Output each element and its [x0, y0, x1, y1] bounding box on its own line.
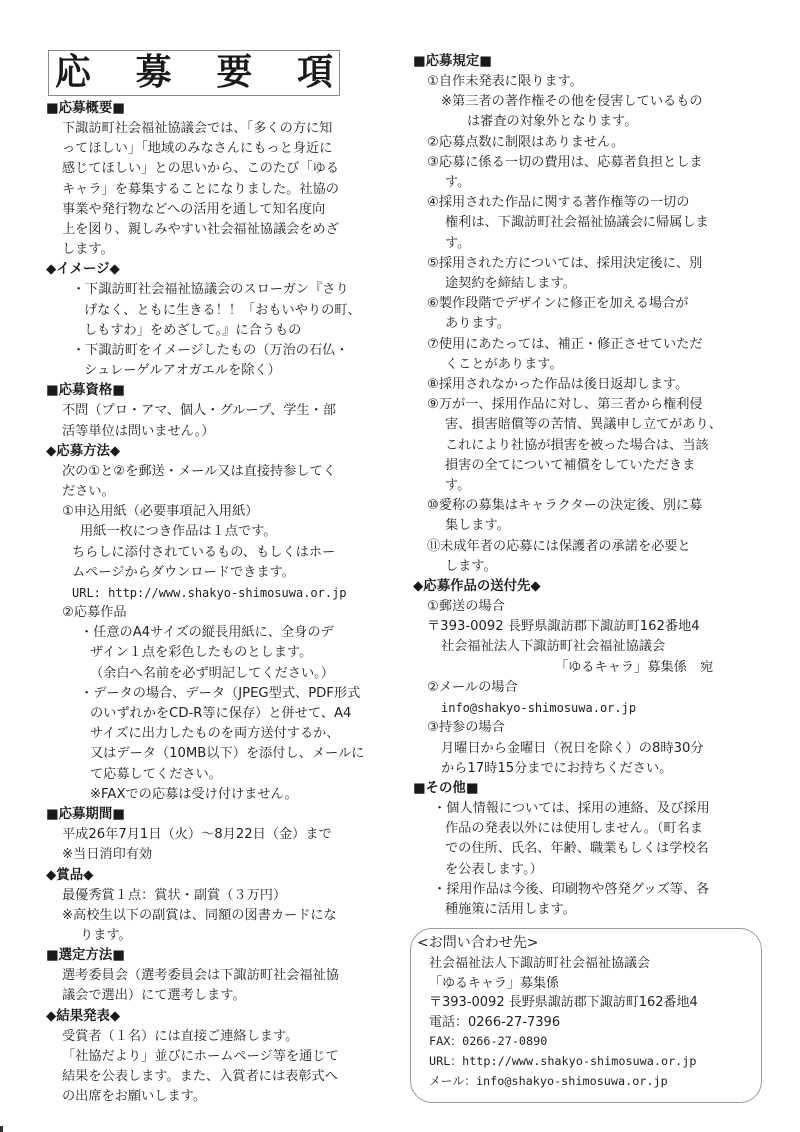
text-line: 感じてほしい」との思いから、このたび「ゆる [48, 159, 410, 179]
text-line: 下諏訪町社会福祉協議会では、「多くの方に知 [48, 119, 410, 139]
section-heading: ■応募規定■ [413, 52, 783, 72]
item-title: ①郵送の場合 [413, 597, 783, 617]
section-period: ■応募期間■ 平成26年7月1日（火）～8月22日（金）まで ※当日消印有効 [48, 805, 410, 865]
text-line: から17時15分までにお持ちください。 [413, 759, 783, 779]
section-heading: ■応募期間■ [46, 805, 410, 825]
bullet-item: ・個人情報については、採用の連絡、及び採用 [413, 799, 783, 819]
section-overview: ■応募概要■ 下諏訪町社会福祉協議会では、「多くの方に知 ってほしい」「地域のみ… [48, 99, 410, 260]
text-line: を公表します。） [413, 860, 783, 880]
text-line: 損害の全てについて補償をしていただきま [413, 456, 783, 476]
section-rules: ■応募規定■ ①自作未発表に限ります。 ※第三者の著作権その他を侵害しているもの… [413, 52, 783, 577]
text-line: 集します。 [413, 516, 783, 536]
text-line: の出席をお願いします。 [48, 1087, 410, 1107]
section-heading: ◆イメージ◆ [46, 260, 410, 280]
text-line: す。 [413, 476, 783, 496]
section-other: ■その他■ ・個人情報については、採用の連絡、及び採用 作品の発表以外には使用し… [413, 779, 783, 920]
page-title: 応 募 要 項 [48, 50, 340, 96]
left-column: ■応募概要■ 下諏訪町社会福祉協議会では、「多くの方に知 ってほしい」「地域のみ… [48, 99, 410, 1107]
text-line: します。 [413, 557, 783, 577]
recipient: 「ゆるキャラ」募集係 宛 [413, 658, 783, 678]
text-line: げなく、ともに生きる！！「おもいやりの町、 [48, 301, 410, 321]
text-line: 最優秀賞１点：賞状・副賞（３万円） [48, 886, 410, 906]
rule-item: ⑧採用されなかった作品は後日返却します。 [413, 375, 783, 395]
section-destination: ◆応募作品の送付先◆ ①郵送の場合 〒393-0092 長野県諏訪郡下諏訪町16… [413, 577, 783, 779]
contact-url[interactable]: URL：http://www.shakyo-shimosuwa.or.jp [417, 1052, 753, 1072]
rule-item: ⑥製作段階でデザインに修正を加える場合が [413, 294, 783, 314]
text-line: しもすわ」をめざして。』に合うもの [48, 321, 410, 341]
text-line: 不問（プロ・アマ、個人・グループ、学生・部 [48, 401, 410, 421]
contact-phone: 電話：0266-27-7396 [417, 1013, 753, 1033]
scan-artifact [0, 1126, 3, 1132]
text-line: ザイン１点を彩色したものとします。 [48, 643, 410, 663]
section-image: ◆イメージ◆ ・下諏訪町社会福祉協議会のスローガン『さり げなく、ともに生きる！… [48, 260, 410, 381]
text-line: ります。 [48, 926, 410, 946]
text-line: 結果を公表します。また、入賞者には表彰式へ [48, 1067, 410, 1087]
text-line: シュレーゲルアオガエルを除く） [48, 361, 410, 381]
email-link[interactable]: info@shakyo-shimosuwa.or.jp [413, 698, 783, 718]
text-line: 用紙一枚につき作品は１点です。 [48, 522, 410, 542]
right-column: ■応募規定■ ①自作未発表に限ります。 ※第三者の著作権その他を侵害しているもの… [413, 52, 783, 920]
text-line: キャラ」を募集することになりました。社協の [48, 180, 410, 200]
section-heading: ◆応募作品の送付先◆ [413, 577, 783, 597]
section-prize: ◆賞品◆ 最優秀賞１点：賞状・副賞（３万円） ※高校生以下の副賞は、同額の図書カ… [48, 866, 410, 947]
rule-item: ⑪未成年者の応募には保護者の承諾を必要と [413, 537, 783, 557]
text-line: す。 [413, 173, 783, 193]
contact-department: 「ゆるキャラ」募集係 [417, 974, 753, 994]
text-line: 月曜日から金曜日（祝日を除く）の8時30分 [413, 739, 783, 759]
contact-box: <お問い合わせ先> 社会福祉法人下諏訪町社会福祉協議会 「ゆるキャラ」募集係 〒… [410, 928, 762, 1103]
rule-item: ⑦使用にあたっては、補正・修正させていただ [413, 335, 783, 355]
section-heading: ◆賞品◆ [46, 866, 410, 886]
text-line: くことがあります。 [413, 355, 783, 375]
text-line: て応募してください。 [48, 765, 410, 785]
section-results: ◆結果発表◆ 受賞者（１名）には直接ご連絡します。 「社協だより」並びにホームペ… [48, 1007, 410, 1108]
text-line: あります。 [413, 314, 783, 334]
section-heading: ■応募概要■ [46, 99, 410, 119]
postal-address: 〒393-0092 長野県諏訪郡下諏訪町162番地4 [413, 617, 783, 637]
text-line: 途契約を締結します。 [413, 274, 783, 294]
text-line: ってほしい」「地域のみなさんにもっと身近に [48, 139, 410, 159]
text-line: ※当日消印有効 [48, 845, 410, 865]
text-line: 事業や発行物などへの活用を通して知名度向 [48, 200, 410, 220]
item-title: ②メールの場合 [413, 678, 783, 698]
contact-heading: <お問い合わせ先> [417, 933, 753, 954]
rule-item: ⑩愛称の募集はキャラクターの決定後、別に募 [413, 496, 783, 516]
title-char: 項 [297, 53, 333, 93]
section-heading: ■その他■ [413, 779, 783, 799]
title-char: 募 [136, 53, 172, 93]
rule-note: ※第三者の著作権その他を侵害しているもの [413, 92, 783, 112]
text-line: は審査の対象外となります。 [413, 112, 783, 132]
section-eligibility: ■応募資格■ 不問（プロ・アマ、個人・グループ、学生・部 活等単位は問いません。… [48, 381, 410, 441]
rule-item: ①自作未発表に限ります。 [413, 72, 783, 92]
text-line: サイズに出力したものを両方送付するか、 [48, 724, 410, 744]
section-heading: ◆応募方法◆ [46, 442, 410, 462]
item-title: ③持参の場合 [413, 718, 783, 738]
rule-item: ④採用された作品に関する著作権等の一切の [413, 193, 783, 213]
text-line: ※高校生以下の副賞は、同額の図書カードにな [48, 906, 410, 926]
text-line: 議会で選出）にて選考します。 [48, 986, 410, 1006]
title-char: 要 [216, 53, 252, 93]
text-line: 選考委員会（選考委員会は下諏訪町社会福祉協 [48, 966, 410, 986]
item-title: ①申込用紙（必要事項記入用紙） [48, 502, 410, 522]
text-line: 活等単位は問いません。） [48, 422, 410, 442]
contact-fax: FAX：0266-27-0890 [417, 1032, 753, 1052]
text-line: 種施策に活用します。 [413, 900, 783, 920]
section-selection: ■選定方法■ 選考委員会（選考委員会は下諏訪町社会福祉協 議会で選出）にて選考し… [48, 946, 410, 1006]
bullet-item: ・下諏訪町社会福祉協議会のスローガン『さり [48, 280, 410, 300]
text-line: 次の①と②を郵送・メール又は直接持参してく [48, 462, 410, 482]
text-line: す。 [413, 234, 783, 254]
contact-address: 〒393-0092 長野県諏訪郡下諏訪町162番地4 [417, 993, 753, 1013]
text-line: します。 [48, 240, 410, 260]
contact-email[interactable]: メール：info@shakyo-shimosuwa.or.jp [417, 1072, 753, 1092]
section-heading: ■選定方法■ [46, 946, 410, 966]
text-line: 又はデータ（10MB以下）を添付し、メールに [48, 744, 410, 764]
text-line: これにより社協が損害を被った場合は、当該 [413, 436, 783, 456]
bullet-item: ・採用作品は今後、印刷物や啓発グッズ等、各 [413, 880, 783, 900]
rule-item: ②応募点数に制限はありません。 [413, 133, 783, 153]
text-line: での住所、氏名、年齢、職業もしくは学校名 [413, 839, 783, 859]
text-line: 「社協だより」並びにホームページ等を通じて [48, 1047, 410, 1067]
text-line: ちらしに添付されているもの、もしくはホー [48, 543, 410, 563]
text-line: 権利は、下諏訪町社会福祉協議会に帰属しま [413, 213, 783, 233]
text-line: 害、損害賠償等の苦情、異議申し立てがあり、 [413, 415, 783, 435]
section-method: ◆応募方法◆ 次の①と②を郵送・メール又は直接持参してく ださい。 ①申込用紙（… [48, 442, 410, 805]
url-link[interactable]: URL: http://www.shakyo-shimosuwa.or.jp [48, 583, 410, 603]
title-char: 応 [55, 53, 91, 93]
bullet-item: ・下諏訪町をイメージしたもの（万治の石仏・ [48, 341, 410, 361]
rule-item: ③応募に係る一切の費用は、応募者負担としま [413, 153, 783, 173]
rule-item: ⑨万が一、採用作品に対し、第三者から権利侵 [413, 395, 783, 415]
section-heading: ■応募資格■ [46, 381, 410, 401]
rule-item: ⑤採用された方については、採用決定後に、別 [413, 254, 783, 274]
item-title: ②応募作品 [48, 603, 410, 623]
text-line: ムページからダウンロードできます。 [48, 563, 410, 583]
bullet-item: ・データの場合、データ（JPEG型式、PDF形式 [48, 684, 410, 704]
section-heading: ◆結果発表◆ [46, 1007, 410, 1027]
organization-name: 社会福祉法人下諏訪町社会福祉協議会 [413, 637, 783, 657]
fax-note: ※FAXでの応募は受け付けません。 [48, 785, 410, 805]
text-line: 作品の発表以外には使用しません。（町名ま [413, 819, 783, 839]
text-line: ださい。 [48, 482, 410, 502]
text-line: 受賞者（１名）には直接ご連絡します。 [48, 1027, 410, 1047]
text-line: 平成26年7月1日（火）～8月22日（金）まで [48, 825, 410, 845]
text-line: （余白へ名前を必ず明記してください。） [48, 664, 410, 684]
text-line: 上を図り、親しみやすい社会福祉協議会をめざ [48, 220, 410, 240]
contact-organization: 社会福祉法人下諏訪町社会福祉協議会 [417, 954, 753, 974]
text-line: のいずれかをCD-R等に保存）と併せて、A4 [48, 704, 410, 724]
bullet-item: ・任意のA4サイズの縦長用紙に、全身のデ [48, 623, 410, 643]
